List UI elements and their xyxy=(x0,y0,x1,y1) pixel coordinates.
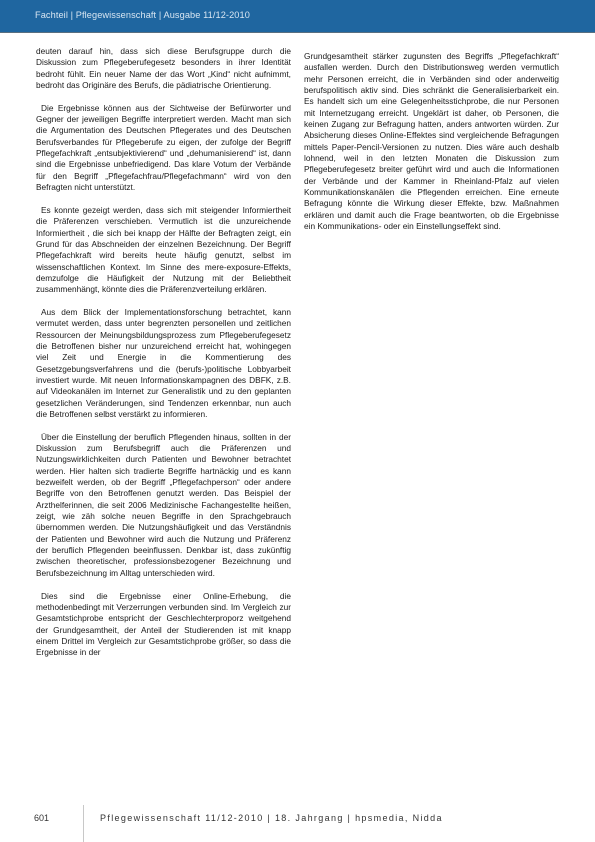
running-title: Fachteil | Pflegewissenschaft | Ausgabe … xyxy=(35,10,250,20)
paragraph: Dies sind die Ergebnisse einer Online-Er… xyxy=(36,591,291,659)
paragraph: Die Ergebnisse können aus der Sichtweise… xyxy=(36,103,291,194)
page-number: 601 xyxy=(34,813,49,823)
paragraph: Über die Einstellung der beruflich Pfleg… xyxy=(36,432,291,579)
page-footer: 601 Pflegewissenschaft 11/12-2010 | 18. … xyxy=(0,805,595,842)
paragraph: Es konnte gezeigt werden, dass sich mit … xyxy=(36,205,291,296)
footer-divider xyxy=(83,805,84,842)
paragraph: Aus dem Blick der Implementationsforschu… xyxy=(36,307,291,420)
right-column: Grundgesamtheit stärker zugunsten des Be… xyxy=(304,51,559,244)
paragraph: Grundgesamtheit stärker zugunsten des Be… xyxy=(304,51,559,233)
publication-line: Pflegewissenschaft 11/12-2010 | 18. Jahr… xyxy=(100,813,443,823)
header-bar: Fachteil | Pflegewissenschaft | Ausgabe … xyxy=(0,0,595,33)
left-column: deuten darauf hin, dass sich diese Beruf… xyxy=(36,46,291,670)
paragraph: deuten darauf hin, dass sich diese Beruf… xyxy=(36,46,291,91)
